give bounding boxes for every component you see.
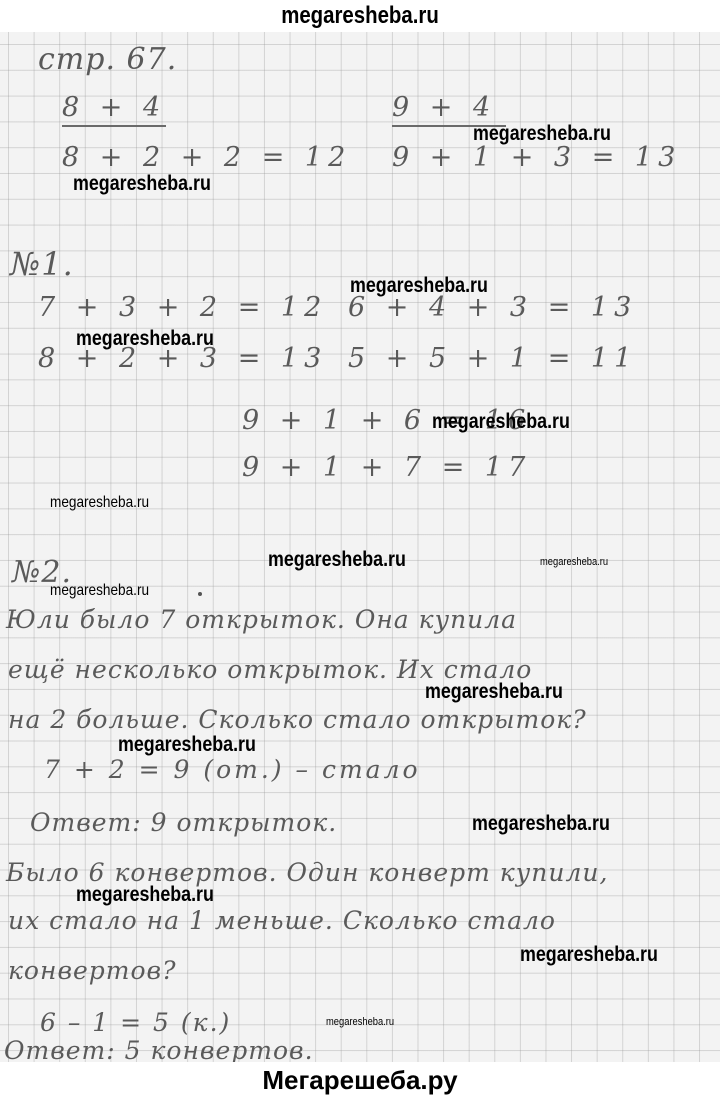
answer2: Ответ: 5 конвертов. <box>4 1036 314 1065</box>
watermark: megaresheba.ru <box>350 274 488 298</box>
watermark: megaresheba.ru <box>540 556 608 568</box>
site-banner-top: megaresheba.ru <box>54 0 666 32</box>
watermark: megaresheba.ru <box>432 410 570 434</box>
watermark: megaresheba.ru <box>50 494 149 512</box>
page-header: стр. 67. <box>38 42 177 77</box>
watermark: megaresheba.ru <box>472 812 610 836</box>
watermark: megaresheba.ru <box>425 680 563 704</box>
intro-left-title: 8 + 4 <box>62 92 166 127</box>
site-banner-bottom: Мегарешеба.ру <box>0 1062 720 1099</box>
problem2-line: их стало на 1 меньше. Сколько стало <box>8 906 556 935</box>
problem1-line: Юли было 7 открыток. Она купила <box>6 605 517 634</box>
problem2-line: конвертов? <box>8 956 177 985</box>
watermark: megaresheba.ru <box>50 582 149 600</box>
intro-left-solution: 8 + 2 + 2 = 12 <box>62 142 351 173</box>
watermark: megaresheba.ru <box>473 122 611 146</box>
task1-label: №1. <box>10 245 74 283</box>
ink-dot <box>198 592 202 596</box>
watermark: megaresheba.ru <box>326 1016 394 1028</box>
watermark: megaresheba.ru <box>73 172 211 196</box>
watermark: megaresheba.ru <box>76 327 214 351</box>
intro-right-solution: 9 + 1 + 3 = 13 <box>392 142 681 173</box>
problem1-line: на 2 больше. Сколько стало открыток? <box>8 705 587 734</box>
task1-equation: 9 + 1 + 7 = 17 <box>242 452 531 483</box>
watermark: megaresheba.ru <box>76 883 214 907</box>
watermark: megaresheba.ru <box>520 943 658 967</box>
task1-equation: 5 + 5 + 1 = 11 <box>348 343 637 374</box>
answer1: Ответ: 9 открыток. <box>30 808 337 837</box>
watermark: megaresheba.ru <box>118 733 256 757</box>
solution2: 6 – 1 = 5 (к.) <box>40 1008 231 1037</box>
task1-equation: 7 + 3 + 2 = 12 <box>38 292 327 323</box>
watermark: megaresheba.ru <box>268 548 406 572</box>
solution1: 7 + 2 = 9 (от.) – стало <box>44 755 421 784</box>
